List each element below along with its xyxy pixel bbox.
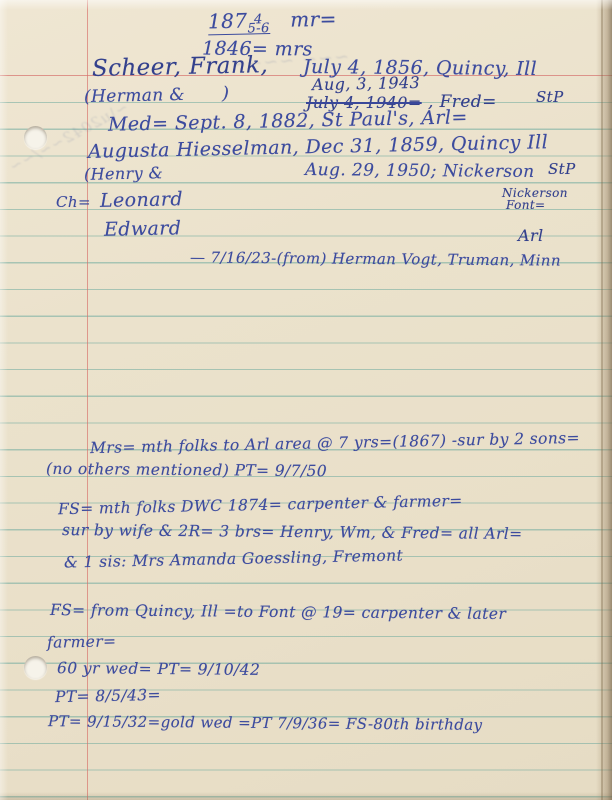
page-right-edge-shadow [596,0,612,800]
punch-hole-bottom [24,656,47,679]
entry-name: Scheer, Frank, [92,52,269,82]
entry-death-corrected: Aug, 3, 1943 [312,73,421,94]
header-mr-note: mr= [290,7,337,32]
entry-spouse-father-note: (Henry & [84,163,164,184]
note-line: farmer= [47,632,117,651]
page-left-edge [0,0,8,800]
note-line: PT= 9/15/32=gold wed =PT 7/9/36= FS-80th… [48,712,483,734]
year-fraction: 45-6 [247,15,270,33]
children-label: Ch= [56,193,91,211]
page-right-edge-line [601,0,603,800]
source-line: — 7/16/23-(from) Herman Vogt, Truman, Mi… [190,248,561,269]
entry-spouse-death: Aug. 29, 1950; Nickerson [305,160,535,182]
note-line: 60 yr wed= PT= 9/10/42 [57,659,260,679]
margin-note-3: Arl [518,226,544,245]
child-2: Edward [104,217,182,241]
entry-father-note: (Herman & [84,85,185,107]
margin-note-2: Font= [506,198,546,212]
entry-father-note-close: ) [222,83,229,104]
header-year-underlined: 18745-6 [208,8,270,35]
child-1: Leonard [100,188,183,212]
entry-death-source: StP [536,88,564,106]
note-line: PT= 8/5/43= [55,686,161,706]
entry-spouse-death-source: StP [548,160,576,178]
page-bottom-edge [0,792,612,800]
scanned-ledger-page: ~\u2042~~/~~ ~~~ ~~~~ 18745-6 mr= 1846= … [0,0,612,800]
note-line: (no others mentioned) PT= 9/7/50 [46,460,327,480]
header-year-note: 18745-6 mr= [208,7,337,35]
